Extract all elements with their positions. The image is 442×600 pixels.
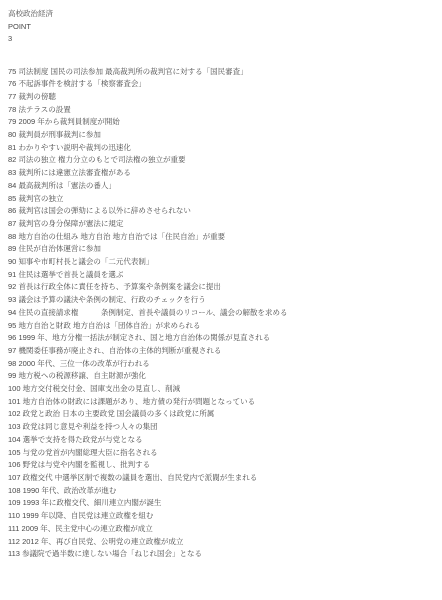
list-item: 82 司法の独立 権力分立のもとで司法権の独立が重要 xyxy=(8,154,436,167)
item-text: 首長は行政全体に責任を持ち、予算案や条例案を議会に提出 xyxy=(18,282,221,291)
item-number: 86 xyxy=(8,206,16,215)
list-item: 85 裁判官の独立 xyxy=(8,193,436,206)
list-item: 104 選挙で支持を得た政党が与党となる xyxy=(8,434,436,447)
list-item: 96 1999 年、地方分権一括法が制定され、国と地方自治体の関係が見直される xyxy=(8,332,436,345)
list-item: 77 裁判の傍聴 xyxy=(8,91,436,104)
list-item: 109 1993 年に政権交代、細川連立内閣が誕生 xyxy=(8,497,436,510)
item-number: 100 xyxy=(8,384,21,393)
item-number: 76 xyxy=(8,79,16,88)
item-text: 地方自治と財政 地方自治は「団体自治」が求められる xyxy=(18,321,200,330)
item-number: 95 xyxy=(8,321,16,330)
item-text: 住民は選挙で首長と議員を選ぶ xyxy=(18,270,123,279)
list-item: 76 不起訴事件を検討する「検察審査会」 xyxy=(8,78,436,91)
point-list: 75 司法制度 国民の司法参加 最高裁判所の裁判官に対する「国民審査」76 不起… xyxy=(8,66,436,561)
list-item: 108 1990 年代、政治改革が進む xyxy=(8,485,436,498)
list-item: 95 地方自治と財政 地方自治は「団体自治」が求められる xyxy=(8,320,436,333)
list-item: 81 わかりやすい説明や裁判の迅速化 xyxy=(8,142,436,155)
list-item: 113 参議院で過半数に達しない場合「ねじれ国会」となる xyxy=(8,548,436,561)
item-text: 政党と政治 日本の主要政党 国会議員の多くは政党に所属 xyxy=(23,409,215,418)
list-item: 86 裁判官は国会の弾劾による以外に辞めさせられない xyxy=(8,205,436,218)
item-number: 91 xyxy=(8,270,16,279)
item-text: 地方税への税源移譲、自主財源が強化 xyxy=(18,371,146,380)
list-item: 78 法テラスの設置 xyxy=(8,104,436,117)
item-text: 1999 年以降、自民党は連立政権を組む xyxy=(22,511,153,520)
list-item: 102 政党と政治 日本の主要政党 国会議員の多くは政党に所属 xyxy=(8,408,436,421)
item-number: 109 xyxy=(8,498,21,507)
list-item: 99 地方税への税源移譲、自主財源が強化 xyxy=(8,370,436,383)
item-text: 1999 年、地方分権一括法が制定され、国と地方自治体の関係が見直される xyxy=(18,333,270,342)
list-item: 106 野党は与党や内閣を監視し、批判する xyxy=(8,459,436,472)
item-text: 住民の直接請求権 条例制定、首長や議員のリコール、議会の解散を求める xyxy=(18,308,287,317)
item-number: 81 xyxy=(8,143,16,152)
item-text: 裁判官の身分保障が憲法に規定 xyxy=(18,219,123,228)
list-item: 90 知事や市町村長と議会の「二元代表制」 xyxy=(8,256,436,269)
list-item: 84 最高裁判所は「憲法の番人」 xyxy=(8,180,436,193)
item-text: 1990 年代、政治改革が進む xyxy=(23,486,117,495)
item-text: 司法の独立 権力分立のもとで司法権の独立が重要 xyxy=(18,155,185,164)
item-text: 2012 年、再び自民党、公明党の連立政権が成立 xyxy=(22,537,183,546)
item-number: 105 xyxy=(8,448,21,457)
item-number: 104 xyxy=(8,435,21,444)
item-text: 野党は与党や内閣を監視し、批判する xyxy=(23,460,151,469)
item-number: 88 xyxy=(8,232,16,241)
list-item: 80 裁判員が刑事裁判に参加 xyxy=(8,129,436,142)
list-item: 88 地方自治の仕組み 地方自治 地方自治では「住民自治」が重要 xyxy=(8,231,436,244)
list-item: 91 住民は選挙で首長と議員を選ぶ xyxy=(8,269,436,282)
item-text: 地方交付税交付金、国庫支出金の見直し、削減 xyxy=(23,384,181,393)
item-number: 92 xyxy=(8,282,16,291)
item-number: 75 xyxy=(8,67,16,76)
list-item: 94 住民の直接請求権 条例制定、首長や議員のリコール、議会の解散を求める xyxy=(8,307,436,320)
page-number: 3 xyxy=(8,33,436,46)
item-text: 裁判官は国会の弾劾による以外に辞めさせられない xyxy=(18,206,191,215)
list-item: 98 2000 年代、三位一体の改革が行われる xyxy=(8,358,436,371)
list-item: 110 1999 年以降、自民党は連立政権を組む xyxy=(8,510,436,523)
item-number: 106 xyxy=(8,460,21,469)
item-text: 議会は予算の議決や条例の制定、行政のチェックを行う xyxy=(18,295,205,304)
item-text: 裁判所には違憲立法審査権がある xyxy=(18,168,131,177)
item-text: 地方自治の仕組み 地方自治 地方自治では「住民自治」が重要 xyxy=(18,232,225,241)
list-item: 107 政権交代 中選挙区制で複数の議員を選出、自民党内で派閥が生まれる xyxy=(8,472,436,485)
item-text: 地方自治体の財政には課題があり、地方債の発行が問題となっている xyxy=(23,397,256,406)
list-item: 92 首長は行政全体に責任を持ち、予算案や条例案を議会に提出 xyxy=(8,281,436,294)
item-number: 102 xyxy=(8,409,21,418)
item-text: 与党の党首が内閣総理大臣に指名される xyxy=(23,448,158,457)
item-text: 2009 年から裁判員制度が開始 xyxy=(18,117,119,126)
list-item: 83 裁判所には違憲立法審査権がある xyxy=(8,167,436,180)
list-item: 105 与党の党首が内閣総理大臣に指名される xyxy=(8,447,436,460)
item-number: 94 xyxy=(8,308,16,317)
list-item: 75 司法制度 国民の司法参加 最高裁判所の裁判官に対する「国民審査」 xyxy=(8,66,436,79)
list-item: 89 住民が自治体運営に参加 xyxy=(8,243,436,256)
item-text: 裁判員が刑事裁判に参加 xyxy=(18,130,101,139)
list-item: 87 裁判官の身分保障が憲法に規定 xyxy=(8,218,436,231)
list-item: 111 2009 年、民主党中心の連立政権が成立 xyxy=(8,523,436,536)
item-number: 111 xyxy=(8,524,19,533)
item-text: 住民が自治体運営に参加 xyxy=(18,244,101,253)
list-item: 97 機関委任事務が廃止され、自治体の主体的判断が重視される xyxy=(8,345,436,358)
item-number: 83 xyxy=(8,168,16,177)
item-text: 選挙で支持を得た政党が与党となる xyxy=(23,435,143,444)
item-number: 108 xyxy=(8,486,21,495)
item-number: 99 xyxy=(8,371,16,380)
document-header: 高校政治経済 POINT 3 xyxy=(8,8,436,46)
item-number: 90 xyxy=(8,257,16,266)
item-number: 82 xyxy=(8,155,16,164)
item-number: 89 xyxy=(8,244,16,253)
item-number: 98 xyxy=(8,359,16,368)
list-item: 79 2009 年から裁判員制度が開始 xyxy=(8,116,436,129)
item-text: 最高裁判所は「憲法の番人」 xyxy=(18,181,116,190)
list-item: 93 議会は予算の議決や条例の制定、行政のチェックを行う xyxy=(8,294,436,307)
item-number: 97 xyxy=(8,346,16,355)
item-number: 101 xyxy=(8,397,21,406)
item-text: 裁判の傍聴 xyxy=(18,92,56,101)
document-page: 高校政治経済 POINT 3 75 司法制度 国民の司法参加 最高裁判所の裁判官… xyxy=(0,0,442,600)
item-number: 103 xyxy=(8,422,21,431)
item-text: 政党は同じ意見や利益を持つ人々の集団 xyxy=(23,422,158,431)
item-text: 不起訴事件を検討する「検察審査会」 xyxy=(18,79,146,88)
item-number: 110 xyxy=(8,511,20,520)
item-number: 87 xyxy=(8,219,16,228)
list-item: 101 地方自治体の財政には課題があり、地方債の発行が問題となっている xyxy=(8,396,436,409)
item-text: わかりやすい説明や裁判の迅速化 xyxy=(18,143,131,152)
item-text: 2009 年、民主党中心の連立政権が成立 xyxy=(22,524,153,533)
item-text: 2000 年代、三位一体の改革が行われる xyxy=(18,359,149,368)
item-text: 司法制度 国民の司法参加 最高裁判所の裁判官に対する「国民審査」 xyxy=(18,67,247,76)
item-text: 裁判官の独立 xyxy=(18,194,63,203)
item-number: 113 xyxy=(8,549,20,558)
item-number: 112 xyxy=(8,537,20,546)
item-number: 79 xyxy=(8,117,16,126)
item-number: 80 xyxy=(8,130,16,139)
item-number: 84 xyxy=(8,181,16,190)
item-number: 78 xyxy=(8,105,16,114)
item-number: 93 xyxy=(8,295,16,304)
list-item: 100 地方交付税交付金、国庫支出金の見直し、削減 xyxy=(8,383,436,396)
item-text: 政権交代 中選挙区制で複数の議員を選出、自民党内で派閥が生まれる xyxy=(23,473,258,482)
item-text: 法テラスの設置 xyxy=(18,105,70,114)
item-number: 107 xyxy=(8,473,21,482)
page-title: 高校政治経済 xyxy=(8,8,436,21)
page-subtitle: POINT xyxy=(8,21,436,34)
item-number: 96 xyxy=(8,333,16,342)
list-item: 112 2012 年、再び自民党、公明党の連立政権が成立 xyxy=(8,536,436,549)
item-text: 知事や市町村長と議会の「二元代表制」 xyxy=(18,257,153,266)
item-text: 参議院で過半数に達しない場合「ねじれ国会」となる xyxy=(22,549,202,558)
item-text: 機関委任事務が廃止され、自治体の主体的判断が重視される xyxy=(18,346,221,355)
list-item: 103 政党は同じ意見や利益を持つ人々の集団 xyxy=(8,421,436,434)
item-number: 85 xyxy=(8,194,16,203)
item-text: 1993 年に政権交代、細川連立内閣が誕生 xyxy=(23,498,162,507)
item-number: 77 xyxy=(8,92,16,101)
